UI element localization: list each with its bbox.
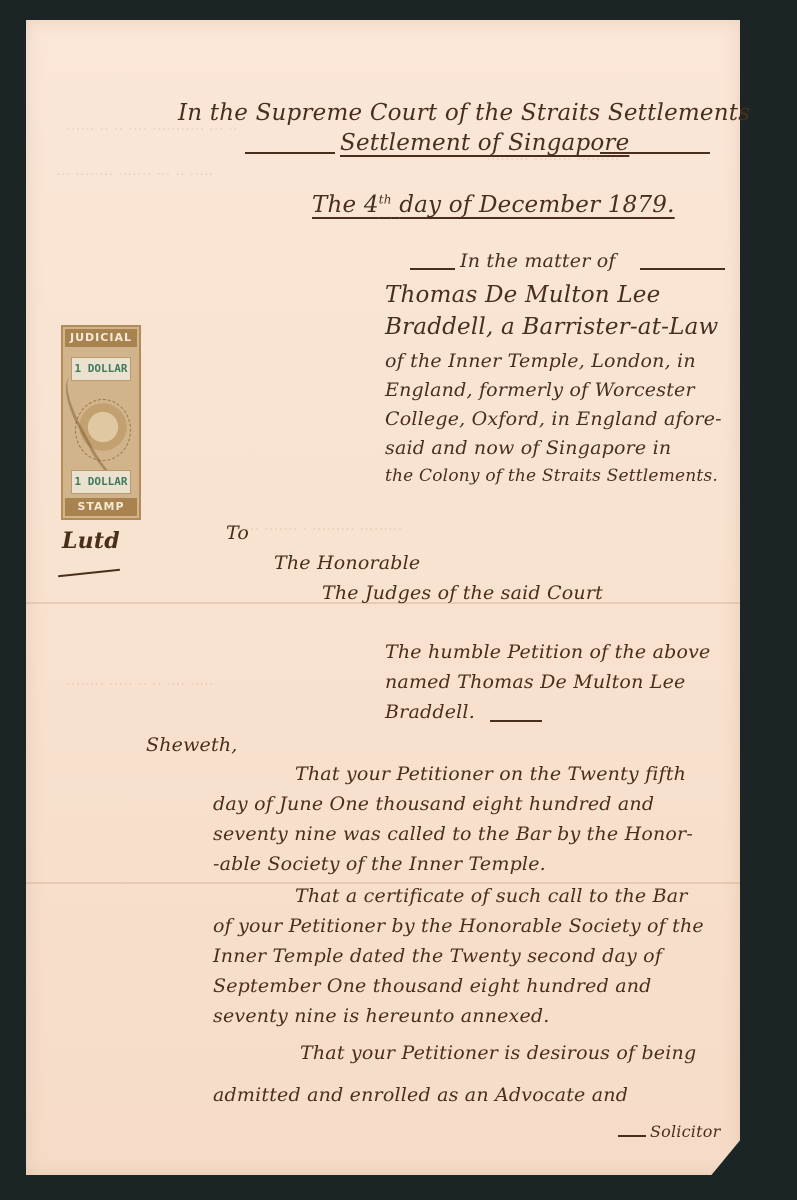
paragraph-line: That your Petitioner on the Twenty fifth bbox=[295, 763, 686, 785]
paragraph-line: That your Petitioner is desirous of bein… bbox=[300, 1042, 696, 1064]
address-line: The Honorable bbox=[274, 552, 420, 574]
paragraph-line: -able Society of the Inner Temple. bbox=[213, 853, 546, 875]
petition-intro-line: named Thomas De Multon Lee bbox=[385, 671, 685, 693]
document-date: The 4th day of December 1879. bbox=[312, 192, 675, 218]
catchword: Solicitor bbox=[650, 1122, 720, 1141]
matter-rule bbox=[410, 268, 455, 270]
matter-line: Thomas De Multon Lee bbox=[385, 282, 660, 308]
judicial-revenue-stamp: JUDICIAL 1 DOLLAR 1 DOLLAR STAMP bbox=[61, 325, 141, 520]
margin-initials: Lutd bbox=[62, 528, 120, 554]
petition-intro-line: The humble Petition of the above bbox=[385, 641, 711, 663]
paragraph-line: That a certificate of such call to the B… bbox=[295, 885, 688, 907]
paragraph-line: admitted and enrolled as an Advocate and bbox=[213, 1084, 628, 1106]
catchword-rule bbox=[618, 1135, 646, 1137]
stamp-top-label: JUDICIAL bbox=[65, 329, 137, 347]
petition-rule bbox=[490, 720, 542, 722]
settlement-heading: Settlement of Singapore bbox=[340, 130, 629, 156]
matter-line: England, formerly of Worcester bbox=[385, 379, 695, 401]
stamp-value-bottom: 1 DOLLAR bbox=[71, 470, 131, 494]
bleed-through-text: ··· ··· ······· · ········· ········· bbox=[226, 520, 402, 538]
paragraph-line: Inner Temple dated the Twenty second day… bbox=[213, 945, 662, 967]
bleed-through-text: ··· ········ ······· ··· ·· ····· bbox=[56, 165, 213, 183]
court-heading: In the Supreme Court of the Straits Sett… bbox=[178, 100, 750, 126]
bleed-through-text: ········ ····· ·· ·· ···· ····· bbox=[66, 675, 214, 693]
matter-line: said and now of Singapore in bbox=[385, 437, 671, 459]
heading-rule bbox=[245, 152, 335, 154]
stamp-bottom-label: STAMP bbox=[65, 498, 137, 516]
address-line: The Judges of the said Court bbox=[322, 582, 603, 604]
matter-line: Braddell, a Barrister-at-Law bbox=[385, 314, 718, 340]
matter-line: of the Inner Temple, London, in bbox=[385, 350, 696, 372]
petition-intro-line: Braddell. bbox=[385, 701, 475, 723]
fold-crease bbox=[26, 882, 740, 884]
paragraph-line: seventy nine is hereunto annexed. bbox=[213, 1005, 550, 1027]
address-to: To bbox=[226, 522, 249, 544]
matter-intro: In the matter of bbox=[460, 250, 616, 272]
matter-rule bbox=[640, 268, 725, 270]
matter-line: the Colony of the Straits Settlements. bbox=[385, 466, 718, 486]
paragraph-line: day of June One thousand eight hundred a… bbox=[213, 793, 654, 815]
matter-line: College, Oxford, in England afore- bbox=[385, 408, 722, 430]
paragraph-line: September One thousand eight hundred and bbox=[213, 975, 652, 997]
paragraph-line: seventy nine was called to the Bar by th… bbox=[213, 823, 693, 845]
paragraph-line: of your Petitioner by the Honorable Soci… bbox=[213, 915, 704, 937]
sheweth-label: Sheweth, bbox=[146, 734, 238, 756]
heading-rule bbox=[600, 152, 710, 154]
